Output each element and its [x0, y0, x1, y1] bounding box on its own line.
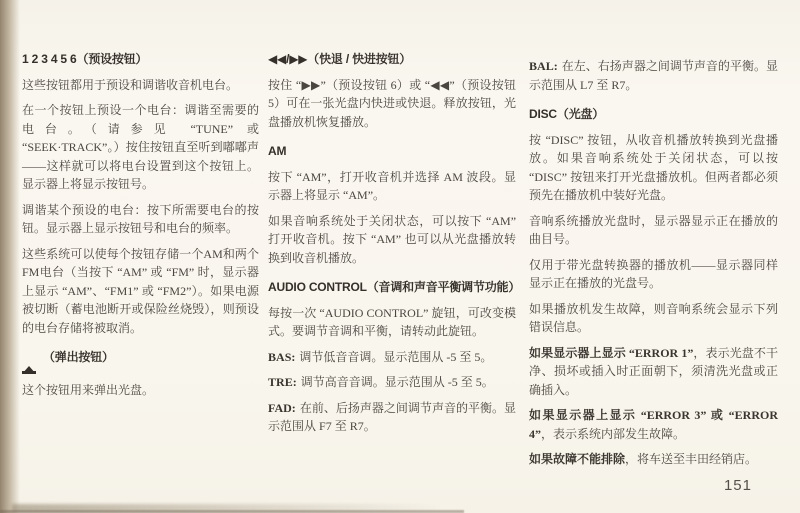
paragraph: 按下 “AM”，打开收音机并选择 AM 波段。显示器上将显示 “AM”。 — [268, 168, 516, 205]
paragraph: 如果播放机发生故障，则音响系统会显示下列错误信息。 — [529, 300, 778, 337]
column-right: BAL:在左、右扬声器之间调节声音的平衡。显示范围从 L7 至 R7。 DISC… — [529, 50, 778, 476]
paragraph: 仅用于带光盘转换器的播放机——显示器同样显示正在播放的光盘号。 — [529, 256, 778, 293]
setting-item-bal: BAL:在左、右扬声器之间调节声音的平衡。显示范围从 L7 至 R7。 — [529, 57, 778, 94]
setting-text-bal: 在左、右扬声器之间调节声音的平衡。显示范围从 L7 至 R7。 — [529, 59, 778, 92]
setting-text-bas: 调节低音音调。显示范围从 -5 至 5。 — [299, 350, 492, 364]
eject-icon — [22, 350, 36, 374]
paragraph: 这些系统可以使每个按钮存储一个AM和两个FM电台（当按下 “AM” 或 “FM”… — [22, 245, 259, 338]
setting-label-bas: BAS: — [268, 350, 295, 364]
setting-label-tre: TRE: — [268, 375, 297, 389]
heading-audio-control: AUDIO CONTROL（音调和声音平衡调节功能） — [268, 278, 516, 297]
page-number: 151 — [724, 477, 752, 494]
error1-lead: 如果显示器上显示 “ERROR 1” — [529, 346, 693, 360]
paragraph: 按住 “▶▶”（预设按钮 6）或 “◀◀”（预设按钮 5）可在一张光盘内快进或快… — [268, 76, 516, 132]
error34-text: ，表示系统内部发生故障。 — [541, 427, 685, 441]
paragraph: 在一个按钮上预设一个电台：调谐至需要的电台。（请参见 “TUNE” 或 “SEE… — [22, 101, 259, 194]
heading-disc: DISC（光盘） — [529, 105, 778, 124]
setting-item-tre: TRE:调节高音音调。显示范围从 -5 至 5。 — [268, 373, 516, 392]
book-spine-shadow — [0, 0, 20, 513]
setting-label-bal: BAL: — [529, 59, 558, 73]
column-left: 1 2 3 4 5 6（预设按钮） 这些按钮都用于预设和调谐收音机电台。 在一个… — [22, 50, 259, 476]
setting-text-tre: 调节高音音调。显示范围从 -5 至 5。 — [301, 375, 494, 389]
heading-eject-label: （弹出按钮） — [43, 350, 114, 364]
heading-am: AM — [268, 142, 516, 161]
manual-page: 1 2 3 4 5 6（预设按钮） 这些按钮都用于预设和调谐收音机电台。 在一个… — [0, 0, 800, 513]
setting-label-fad: FAD: — [268, 401, 296, 415]
paragraph: 按 “DISC” 按钮，从收音机播放转换到光盘播放。如果音响系统处于关闭状态，可… — [529, 131, 778, 205]
paragraph: 每按一次 “AUDIO CONTROL” 旋钮，可改变模式。要调节音调和平衡，请… — [268, 304, 516, 341]
dealer-paragraph: 如果故障不能排除，将车送至丰田经销店。 — [529, 450, 778, 469]
heading-eject-button: （弹出按钮） — [22, 348, 259, 374]
paragraph: 如果音响系统处于关闭状态，可以按下 “AM” 打开收音机。按下 “AM” 也可以… — [268, 212, 516, 268]
heading-preset-buttons: 1 2 3 4 5 6（预设按钮） — [22, 50, 259, 69]
paragraph: 这些按钮都用于预设和调谐收音机电台。 — [22, 76, 259, 95]
heading-ff-rew-buttons: ◀◀/▶▶（快退 / 快进按钮） — [268, 50, 516, 69]
setting-text-fad: 在前、后扬声器之间调节声音的平衡。显示范围从 F7 至 R7。 — [268, 401, 516, 434]
column-middle: ◀◀/▶▶（快退 / 快进按钮） 按住 “▶▶”（预设按钮 6）或 “◀◀”（预… — [268, 50, 516, 476]
error1-paragraph: 如果显示器上显示 “ERROR 1”，表示光盘不干净、损坏或插入时正面朝下，须清… — [529, 344, 778, 400]
text-columns: 1 2 3 4 5 6（预设按钮） 这些按钮都用于预设和调谐收音机电台。 在一个… — [22, 50, 778, 476]
dealer-lead: 如果故障不能排除 — [529, 452, 625, 466]
paragraph: 音响系统播放光盘时，显示器显示正在播放的曲目号。 — [529, 212, 778, 249]
setting-item-fad: FAD:在前、后扬声器之间调节声音的平衡。显示范围从 F7 至 R7。 — [268, 399, 516, 436]
dealer-text: ，将车送至丰田经销店。 — [625, 452, 757, 466]
setting-item-bas: BAS:调节低音音调。显示范围从 -5 至 5。 — [268, 348, 516, 367]
error34-paragraph: 如果显示器上显示 “ERROR 3” 或 “ERROR 4”，表示系统内部发生故… — [529, 406, 778, 443]
paragraph: 这个按钮用来弹出光盘。 — [22, 381, 259, 400]
paragraph: 调谐某个预设的电台：按下所需要电台的按钮。显示器上显示按钮号和电台的频率。 — [22, 201, 259, 238]
